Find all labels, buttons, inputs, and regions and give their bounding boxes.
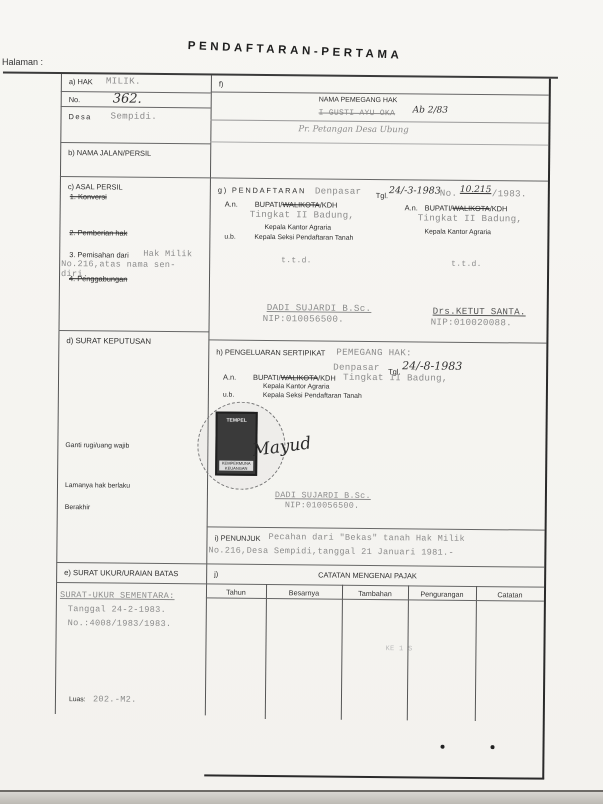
- bupati-text: BUPATI/: [255, 200, 283, 209]
- faint-tax-note: KE 1 S: [385, 645, 412, 653]
- scan-edge: [0, 790, 603, 804]
- col-header-tambahan: Tambahan: [342, 589, 408, 599]
- divider: [60, 142, 210, 144]
- g-left-ub: u.b.: [224, 234, 235, 241]
- g-right-an: A.n.: [405, 203, 418, 212]
- stamp-top-text: TEMPEL: [220, 418, 254, 424]
- holder-name-struck: I GUSTI AYU OKA: [319, 108, 396, 118]
- col-divider: [475, 586, 477, 721]
- col-divider: [265, 584, 267, 719]
- right-border: [542, 79, 551, 779]
- col-divider: [341, 585, 343, 720]
- divider: [210, 177, 548, 181]
- pengeluaran-date: 24/-8-1983: [402, 359, 462, 373]
- divider: [207, 526, 545, 530]
- h-an: A.n.: [223, 373, 236, 382]
- surat-ukur-line-1: SURAT-UKUR SEMENTARA:: [60, 590, 175, 601]
- pendaftaran-number: 10.215: [460, 185, 492, 195]
- divider: [56, 562, 544, 568]
- holder-name-handwritten: Pr. Petangan Desa Ubung: [298, 124, 408, 135]
- divider: [211, 119, 549, 123]
- bupati-text: BUPATI/: [253, 373, 281, 382]
- walikota-struck: WALIKOTA: [281, 373, 318, 382]
- h-region: Tingkat II Badung,: [343, 372, 448, 384]
- pendaftaran-year: /1983.: [492, 188, 527, 199]
- left-border: [55, 74, 62, 714]
- hak-label: a) HAK: [69, 77, 93, 86]
- asal-item-konversi: 1. Konversi: [70, 192, 107, 201]
- h-nip: NIP:010056500.: [285, 500, 360, 511]
- g-right-name: Drs.KETUT SANTA.: [433, 306, 526, 318]
- col-header-tahun: Tahun: [206, 587, 266, 597]
- document-page: PENDAFTARAN-PERTAMA Halaman : a) HAK MIL…: [0, 0, 603, 804]
- g-right-ttd: t.t.d.: [451, 260, 482, 269]
- asal-item-pemberian-hak: 2. Pemberian hak: [69, 228, 127, 238]
- berakhir-label: Berakhir: [65, 504, 90, 511]
- g-left-section: Kepala Seksi Pendaftaran Tanah: [254, 234, 353, 242]
- pendaftaran-tgl-label: Tgl.: [376, 191, 388, 200]
- kdh-text: /KDH: [318, 373, 336, 382]
- divider: [58, 330, 208, 332]
- g-left-an: A.n.: [225, 200, 238, 209]
- pemisahan-value-1: Hak Milik: [143, 249, 192, 259]
- luas-label: Luas:: [69, 696, 86, 703]
- pendaftaran-date: 24/-3-1983: [389, 185, 441, 196]
- penunjuk-line-2: No.216,Desa Sempidi,tanggal 21 Januari 1…: [208, 545, 454, 557]
- pendaftaran-place: Denpasar: [315, 185, 362, 196]
- document-title: PENDAFTARAN-PERTAMA: [187, 40, 427, 63]
- registration-form: a) HAK MILIK. No. 362. Desa Sempidi. b) …: [54, 70, 558, 785]
- col-header-pengurangan: Pengurangan: [408, 589, 476, 599]
- h-office: Kepala Kantor Agraria: [263, 383, 330, 391]
- g-right-office: Kepala Kantor Agraria: [424, 228, 491, 236]
- h-ub: u.b.: [223, 392, 234, 399]
- section-f-label: f): [219, 80, 224, 89]
- luas-value: 202.-M2.: [93, 694, 137, 704]
- pendaftaran-no-label: No.: [440, 188, 458, 199]
- g-left-nip: NIP:010056500.: [263, 313, 344, 325]
- surat-ukur-line-2: Tanggal 24-2-1983.: [68, 604, 166, 615]
- divider: [211, 91, 549, 95]
- stamp-bottom-text: KEMPERMUNA KEUANGAN: [219, 461, 253, 471]
- g-left-office: Kepala Kantor Agraria: [264, 224, 331, 232]
- no-label: No.: [69, 95, 81, 104]
- penunjuk-line-1: Pecahan dari "Bekas" tanah Hak Milik: [268, 532, 465, 544]
- desa-label: Desa: [69, 112, 92, 121]
- ganti-rugi-label: Ganti rugi/uang wajib: [65, 442, 129, 450]
- h-bupati: BUPATI/WALIKOTA/KDH: [253, 373, 336, 383]
- walikota-struck: WALIKOTA: [282, 200, 319, 209]
- nama-jalan-label: b) NAMA JALAN/PERSIL: [68, 148, 151, 158]
- pendaftaran-label: g) PENDAFTARAN: [218, 186, 306, 196]
- h-section: Kepala Seksi Pendaftaran Tanah: [263, 392, 362, 400]
- halaman-label: Halaman :: [2, 57, 43, 67]
- col-header-catatan: Catatan: [476, 590, 544, 600]
- divider: [56, 582, 544, 588]
- g-left-ttd: t.t.d.: [281, 256, 312, 265]
- divider: [208, 339, 546, 343]
- kdh-text: /KDH: [320, 200, 338, 209]
- punch-hole-dot: [441, 745, 445, 749]
- bottom-border: [204, 774, 544, 779]
- no-value: 362.: [113, 91, 142, 106]
- hak-value: MILIK.: [106, 75, 141, 86]
- g-right-region: Tingkat II Badung,: [418, 212, 523, 224]
- holder-name-annotation: Ab 2/83: [413, 105, 448, 115]
- lamanya-hak-label: Lamanya hak berlaku: [65, 482, 130, 490]
- g-right-nip: NIP:010020088.: [431, 317, 512, 329]
- pengeluaran-sertipikat-label: h) PENGELUARAN SERTIPIKAT: [216, 348, 325, 358]
- col-header-besarnya: Besarnya: [266, 588, 342, 598]
- catatan-pajak-header: CATATAN MENGENAI PAJAK: [318, 570, 417, 580]
- pengeluaran-recipient: PEMEGANG HAK:: [336, 347, 412, 359]
- penunjuk-label: i) PENUNJUK: [214, 533, 260, 542]
- desa-value: Sempidi.: [111, 110, 158, 121]
- surat-ukur-line-3: No.:4008/1983/1983.: [68, 618, 172, 629]
- bupati-text: BUPATI/: [425, 203, 453, 212]
- asal-item-penggabungan: 4. Penggabungan: [69, 274, 127, 284]
- asal-persil-label: c) ASAL PERSIL: [68, 182, 123, 192]
- g-left-region: Tingkat II Badung,: [250, 209, 355, 221]
- surat-ukur-label: e) SURAT UKUR/URAIAN BATAS: [64, 568, 178, 578]
- punch-hole-dot: [491, 745, 495, 749]
- section-j-label: j): [214, 569, 218, 578]
- kdh-text: /KDH: [490, 204, 508, 213]
- walikota-struck: WALIKOTA: [452, 204, 489, 213]
- column-divider: [205, 75, 212, 715]
- divider: [60, 176, 210, 178]
- surat-keputusan-label: d) SURAT KEPUTUSAN: [66, 336, 151, 346]
- nama-pemegang-hak-header: NAMA PEMEGANG HAK: [319, 96, 398, 104]
- divider: [210, 141, 548, 145]
